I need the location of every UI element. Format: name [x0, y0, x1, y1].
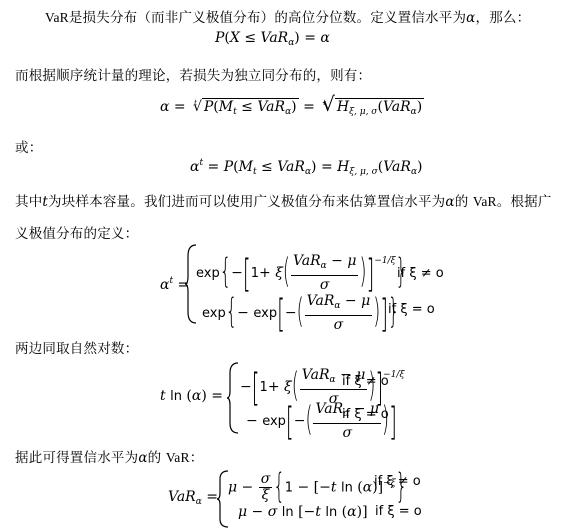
subscript-params: ξ, μ, σ: [349, 167, 377, 177]
number-one: 1: [285, 481, 293, 496]
symbol-mu: μ: [228, 480, 237, 496]
paragraph-gev-definition: 义极值分布的定义：: [15, 222, 138, 242]
symbol-eq: =: [304, 30, 316, 46]
subscript-alpha: α: [411, 167, 417, 177]
exp-function: exp: [196, 266, 220, 281]
lhs: VaRα =: [168, 489, 218, 507]
symbol-var: VaR: [293, 253, 321, 269]
exponent: −1/ξ: [374, 256, 395, 266]
symbol-sigma: σ: [313, 424, 381, 442]
symbol-h: H: [337, 99, 349, 115]
symbol-alpha: α: [445, 194, 454, 210]
text: 为块样本容量。我们进而可以使用广义极值分布来估算置信水平为: [48, 194, 445, 210]
fraction: σξ: [259, 472, 273, 503]
exp-function: exp: [253, 306, 277, 321]
formula-alpha-root: α = t√P(Mt ≤ VaRα) = t√Hξ, μ, σ(VaRα): [160, 92, 424, 117]
lhs: t ln (α) =: [160, 388, 223, 404]
paragraph-var-result: 据此可得置信水平为α的 VaR：: [15, 446, 203, 466]
symbol-p: P: [215, 30, 224, 46]
symbol-le: ≤: [241, 99, 253, 115]
symbol-var: VaR: [261, 30, 289, 46]
formula-alpha-power: αt = P(Mt ≤ VaRα) = Hξ, μ, σ(VaRα): [190, 158, 423, 177]
var-term: VaR: [166, 450, 190, 465]
condition-2: if ξ = o: [375, 504, 422, 519]
subscript-alpha: α: [321, 261, 327, 271]
symbol-var: VaR: [383, 99, 411, 115]
text: 的: [148, 450, 162, 466]
fraction: VaRα − μσ: [305, 292, 373, 334]
symbol-p: P: [224, 159, 233, 175]
exp-function: exp: [262, 414, 286, 429]
ln-function: ln: [282, 505, 294, 520]
paragraph-text-suffix: ，那么：: [476, 10, 531, 26]
symbol-alpha: α: [160, 99, 169, 115]
condition-2: if ξ = o: [388, 302, 435, 317]
fraction: VaRα − μσ: [291, 252, 359, 294]
paragraph-order-statistics: 而根据顺序统计量的理论，若损失为独立同分布的，则有：: [15, 64, 371, 84]
text: 的: [455, 194, 469, 210]
symbol-sigma: σ: [305, 316, 373, 334]
condition-1: if ξ ≠ o: [397, 266, 444, 281]
subscript-alpha: α: [288, 38, 294, 48]
symbol-le: ≤: [244, 30, 256, 46]
symbol-mu: μ: [361, 293, 370, 309]
formula-probability-definition: P(X ≤ VaRα) = α: [215, 30, 330, 48]
superscript-t: t: [199, 158, 203, 168]
symbol-var: VaR: [307, 293, 335, 309]
subscript-t: t: [233, 107, 237, 117]
symbol-mu: μ: [347, 253, 356, 269]
subscript-params: ξ, μ, σ: [349, 107, 377, 117]
ln-function: ln: [325, 505, 337, 520]
text: ：: [190, 450, 204, 466]
alpha-symbol: α: [466, 10, 475, 26]
symbol-var: VaR: [277, 159, 305, 175]
number-one: 1: [260, 380, 268, 395]
ln-function: ln: [341, 481, 353, 496]
paragraph-block-size: 其中t为块样本容量。我们进而可以使用广义极值分布来估算置信水平为α的 VaR。根…: [15, 190, 552, 210]
symbol-mu: μ: [238, 504, 247, 520]
symbol-p: P: [204, 99, 213, 115]
text: 。根据广: [497, 194, 552, 210]
subscript-alpha: α: [305, 167, 311, 177]
root-index: t: [194, 99, 197, 107]
number-one: 1: [251, 266, 259, 281]
case-1: exp{−[1+ ξ(VaRα − μσ)]−1/ξ}: [196, 252, 407, 294]
symbol-h: H: [337, 159, 349, 175]
exp-function: exp: [202, 306, 226, 321]
symbol-alpha: α: [363, 480, 372, 496]
paragraph-natural-log: 两边同取自然对数：: [15, 337, 138, 357]
subscript-alpha: α: [196, 497, 202, 507]
root-expression-2: t√Hξ, μ, σ(VaRα): [319, 92, 424, 117]
var-term: VaR: [45, 10, 69, 25]
symbol-var: VaR: [302, 367, 330, 383]
symbol-t: t: [331, 480, 337, 496]
symbol-le: ≤: [261, 159, 273, 175]
root-expression-1: t√P(Mt ≤ VaRα): [190, 98, 299, 117]
symbol-eq: =: [303, 99, 315, 115]
paragraph-or: 或：: [15, 136, 42, 156]
symbol-xi: ξ: [284, 379, 292, 395]
case-2: μ − σ ln [−t ln (α)]: [238, 504, 368, 520]
left-brace: [226, 362, 240, 434]
paragraph-var-definition: VaR是损失分布（而非广义极值分布）的高位分位数。定义置信水平为α，那么：: [45, 6, 530, 26]
symbol-eq: =: [211, 388, 223, 404]
condition-1: if ξ ≠ o: [342, 374, 389, 389]
symbol-m: M: [219, 99, 233, 115]
case-2: exp{− exp[−(VaRα − μσ)]}: [202, 292, 400, 334]
symbol-alpha: α: [138, 450, 147, 466]
symbol-xi: ξ: [259, 488, 273, 503]
subscript-alpha: α: [334, 301, 340, 311]
root-index: t: [323, 99, 326, 107]
symbol-m: M: [239, 159, 253, 175]
symbol-var: VaR: [383, 159, 411, 175]
symbol-x: X: [230, 30, 240, 46]
symbol-t: t: [315, 504, 321, 520]
superscript-t: t: [169, 276, 173, 286]
var-term: VaR: [473, 194, 497, 209]
symbol-eq: =: [208, 159, 220, 175]
symbol-eq: =: [174, 99, 186, 115]
subscript-t: t: [253, 167, 257, 177]
symbol-alpha: α: [347, 504, 356, 520]
symbol-xi: ξ: [275, 265, 283, 281]
symbol-var: VaR: [315, 401, 343, 417]
text: 其中: [15, 194, 42, 210]
condition-2: if ξ = o: [342, 407, 389, 422]
symbol-sigma: σ: [268, 504, 278, 520]
condition-1: if ξ ≠ o: [374, 474, 421, 489]
text: 据此可得置信水平为: [15, 450, 138, 466]
subscript-alpha: α: [329, 375, 335, 385]
ln-function: ln: [170, 389, 182, 404]
symbol-alpha: α: [320, 30, 329, 46]
paragraph-text: 是损失分布（而非广义极值分布）的高位分位数。定义置信水平为: [69, 10, 466, 26]
symbol-var: VaR: [257, 99, 285, 115]
symbol-t: t: [160, 388, 166, 404]
symbol-eq: =: [321, 159, 333, 175]
subscript-alpha: α: [411, 107, 417, 117]
symbol-alpha: α: [192, 388, 201, 404]
symbol-var: VaR: [168, 489, 196, 505]
subscript-alpha: α: [285, 107, 291, 117]
symbol-sigma: σ: [259, 472, 273, 488]
